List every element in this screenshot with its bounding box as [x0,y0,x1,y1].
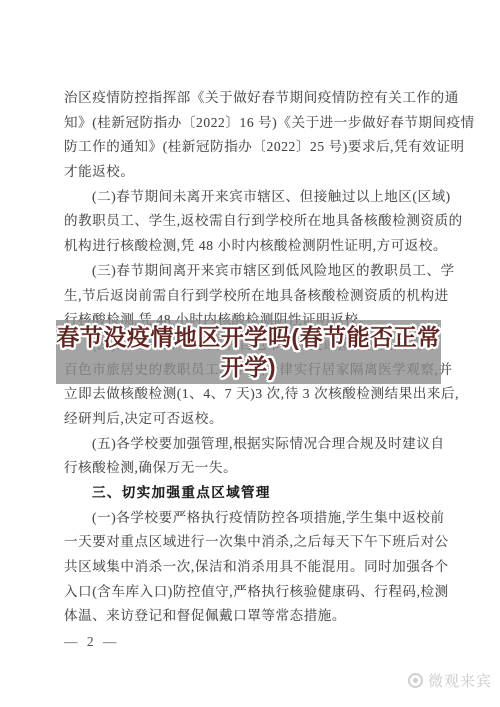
document-line: 行核酸检测,确保万无一失。 [64,456,446,481]
overlay-title-line1: 春节没疫情地区开学吗(春节能否正常 [56,322,440,353]
page-number: — 2 — [64,630,120,654]
document-line: 防工作的通知》(桂新冠防指办〔2022〕25 号)要求后,凭有效证明 [64,135,446,160]
document-line: 的教职员工、学生,返校需自行到学校所在地具备核酸检测资质的 [64,209,446,234]
scanned-document-page: 治区疫情防控指挥部《关于做好春节期间疫情防控有关工作的通知》(桂新冠防指办〔20… [0,0,500,707]
watermark: 微观来宾 [408,670,492,691]
document-line: 共区域集中消杀一次,保洁和消杀用具不能混用。同时加强各个 [64,555,446,580]
document-line: 立即去做核酸检测(1、4、7 天)3 次,待 3 次核酸检测结果出来后, [64,382,446,407]
document-line: 经研判后,决定可否返校。 [64,407,446,432]
document-line: (三)春节期间离开来宾市辖区到低风险地区的教职员工、学 [64,259,446,284]
document-line: 入口(含车库入口)防控值守,严格执行核验健康码、行程码,检测 [64,580,446,605]
watermark-label: 微观来宾 [428,670,492,691]
document-line: 一天要对重点区域进行一次集中消杀,之后每天下午下班后对公 [64,530,446,555]
document-line: (二)春节期间未离开来宾市辖区、但接触过以上地区(区域) [64,185,446,210]
document-line: 知》(桂新冠防指办〔2022〕16 号)《关于进一步做好春节期间疫情 [64,111,446,136]
document-line: 才能返校。 [64,160,446,185]
document-line: (五)各学校要加强管理,根据实际情况合理合规及时建议自 [64,432,446,457]
title-overlay-banner: 春节没疫情地区开学吗(春节能否正常 开学) [56,320,441,384]
document-line: 治区疫情防控指挥部《关于做好春节期间疫情防控有关工作的通 [64,86,446,111]
document-line: 体温、来访登记和督促佩戴口罩等常态措施。 [64,604,446,629]
overlay-title-line2: 开学) [221,352,276,383]
document-heading-line: 三、切实加强重点区域管理 [64,481,446,506]
document-line: 机构进行核酸检测,凭 48 小时内核酸检测阴性证明,方可返校。 [64,234,446,259]
document-line: (一)各学校要严格执行疫情防控各项措施,学生集中返校前 [64,506,446,531]
swirl-logo-icon [408,673,423,688]
document-line: 生,节后返岗前需自行到学校所在地具备核酸检测资质的机构进 [64,284,446,309]
